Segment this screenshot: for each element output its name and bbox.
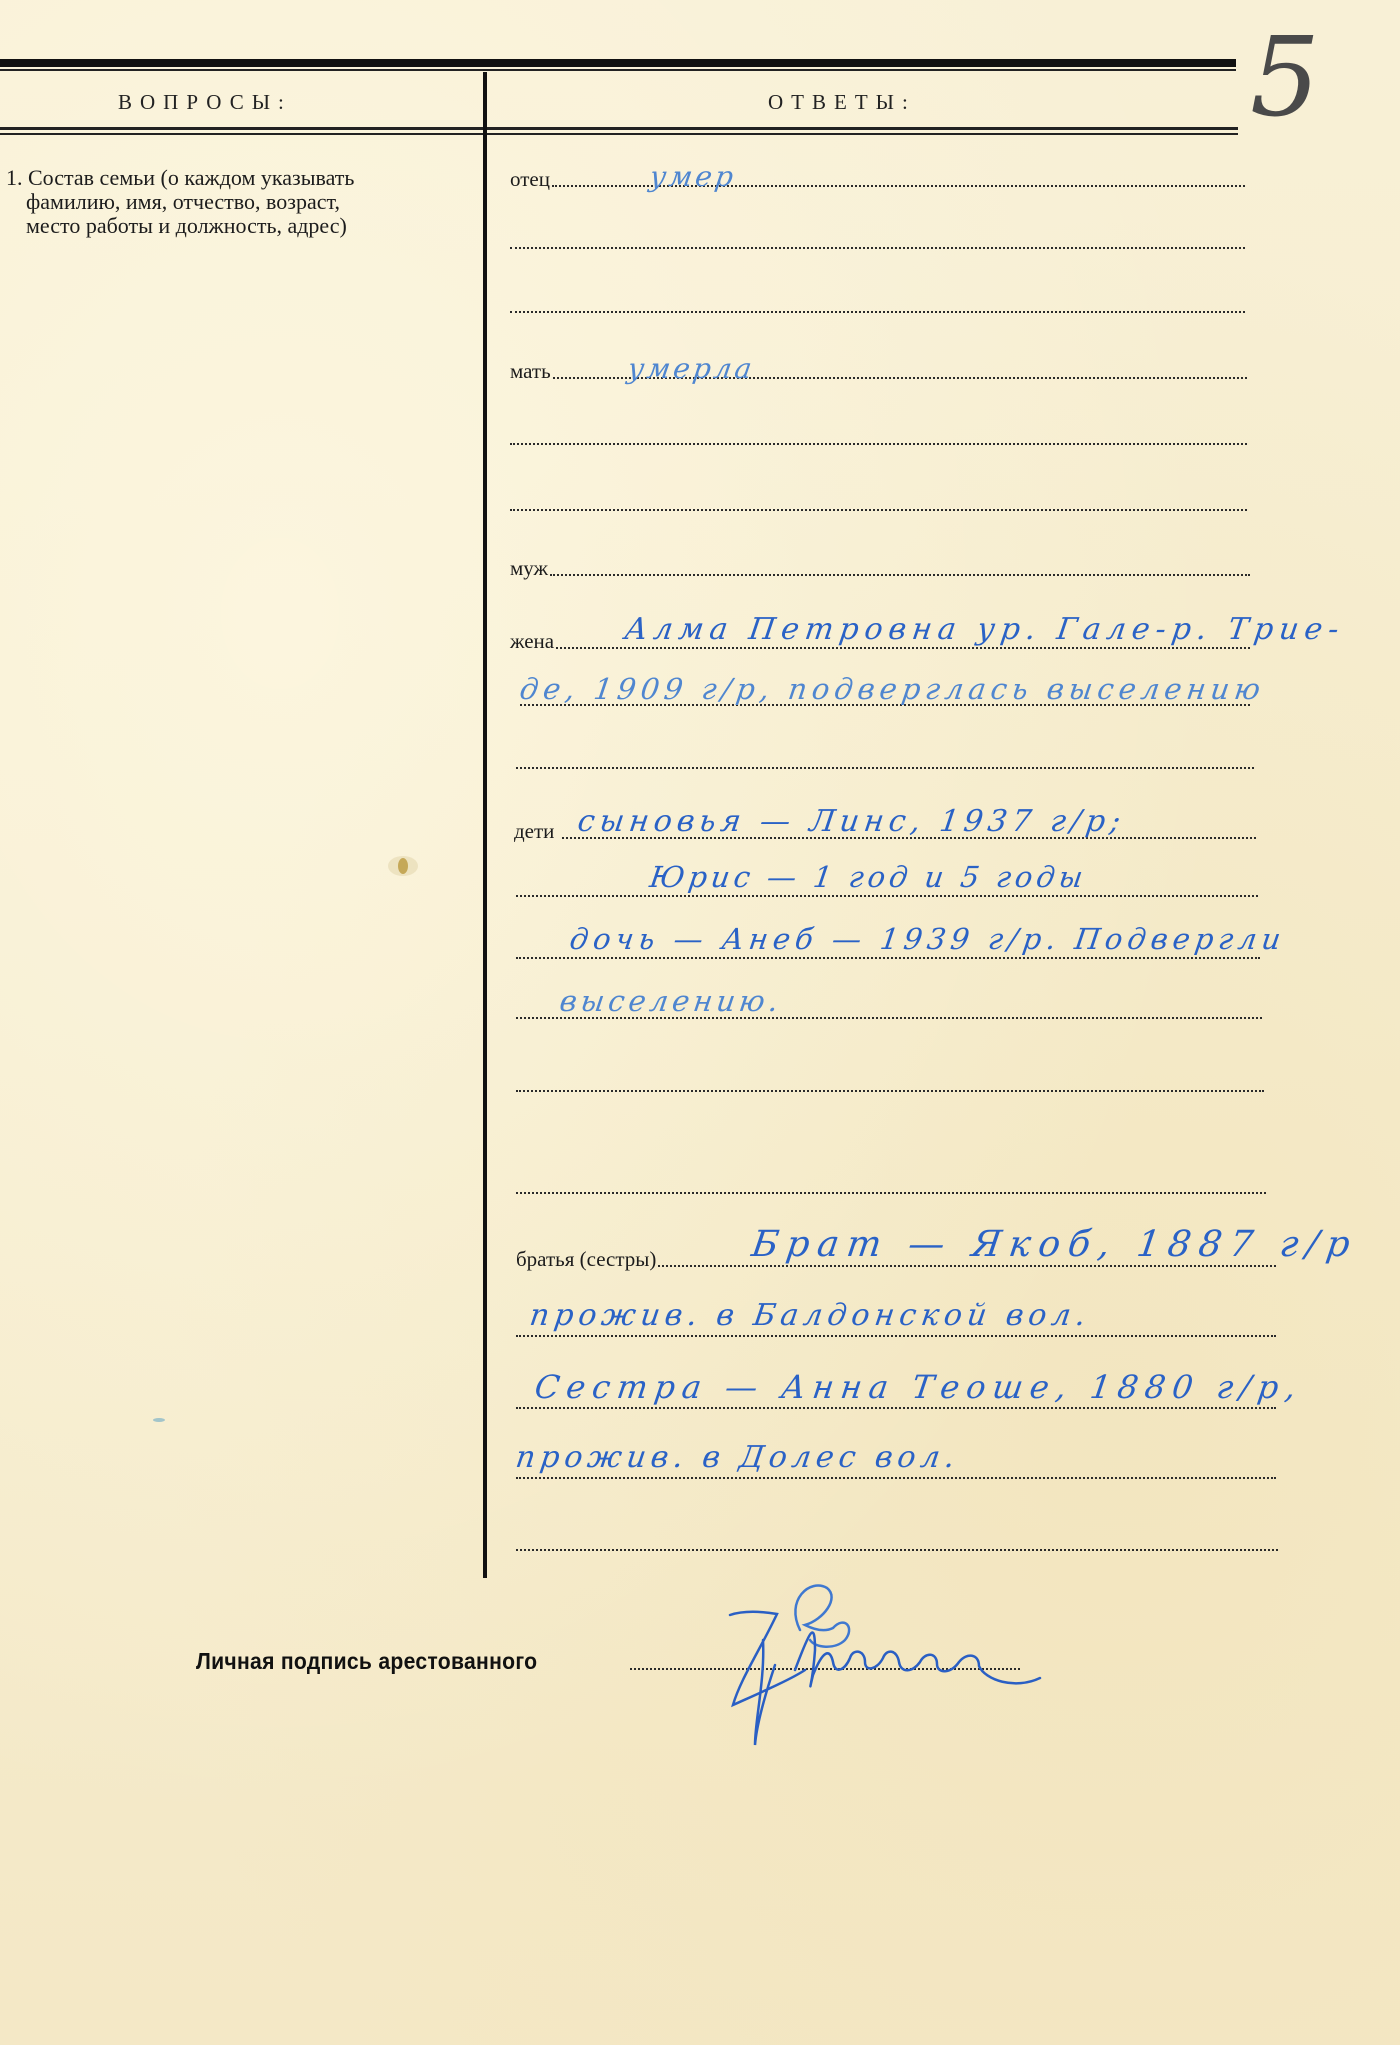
answer-line[interactable] [516,1477,1276,1479]
wife-answer-line-2: де, 1909 г/р, подверглась выселению [518,672,1268,706]
wife-answer-line-1: Алма Петровна ур. Гале-р. Трие- [623,612,1347,647]
husband-row: муж [510,545,1250,579]
answer-line[interactable] [516,767,1254,769]
children-label: дети [514,820,562,842]
wife-answer-line[interactable] [556,647,1250,649]
answer-line[interactable] [516,1549,1278,1551]
siblings-answer-line-1: Брат — Якоб, 1887 г/р [749,1224,1360,1265]
answer-line[interactable] [516,1090,1264,1092]
husband-label: муж [510,557,550,579]
blank-line [510,282,1245,316]
children-answer-line-3: дочь — Анеб — 1939 г/р. Подвергли [568,922,1288,956]
father-answer: умер [648,160,739,193]
answer-line[interactable] [510,443,1247,445]
question-line-2: фамилию, имя, отчество, возраст, [6,190,476,214]
mother-row: мать [510,348,1247,382]
header-bottom-rule-thin [0,133,1238,135]
answer-line[interactable] [516,1407,1276,1409]
answer-line[interactable] [516,895,1258,897]
answer-line[interactable] [516,1335,1276,1337]
wife-label: жена [510,630,556,652]
ink-speck [153,1418,165,1422]
header-bottom-rule [0,127,1238,130]
mother-label: мать [510,360,553,382]
paper-stain [388,856,418,876]
siblings-answer-line-3: Сестра — Анна Теоше, 1880 г/р, [532,1368,1305,1406]
answer-line[interactable] [516,1192,1266,1194]
header-top-rule [0,59,1236,67]
column-divider [483,72,487,1578]
blank-line [510,218,1245,252]
siblings-answer-line-2: прожив. в Балдонской вол. [528,1298,1093,1333]
husband-answer-line[interactable] [550,574,1250,576]
signature-label: Личная подпись арестованного [196,1648,537,1675]
siblings-label: братья (сестры) [516,1248,658,1270]
answers-header: ОТВЕТЫ: [768,90,916,115]
children-answer-line-1: сыновья — Линс, 1937 г/р; [576,804,1128,839]
siblings-answer-line-4: прожив. в Долес вол. [514,1440,962,1475]
header-top-rule-thin [0,69,1236,71]
question-line-3: место работы и должность, адрес) [6,214,476,238]
mother-answer: умерла [626,352,757,385]
blank-line [516,738,1254,772]
children-answer-line-4: выселению. [558,984,785,1018]
blank-line [510,414,1247,448]
answer-line[interactable] [510,509,1247,511]
father-row: отец [510,156,1245,190]
blank-line [516,1061,1264,1095]
blank-line [510,480,1247,514]
question-family-composition: 1. Состав семьи (о каждом указывать фами… [6,166,476,238]
signature-icon [715,1570,1075,1770]
questions-header: ВОПРОСЫ: [118,90,292,115]
siblings-answer-line[interactable] [658,1265,1276,1267]
answer-line[interactable] [510,311,1245,313]
blank-line [516,1163,1266,1197]
father-label: отец [510,168,552,190]
children-answer-line-2: Юрис — 1 год и 5 годы [648,860,1089,894]
blank-line [516,1520,1278,1554]
question-line-1: 1. Состав семьи (о каждом указывать [6,166,476,190]
page-number: 5 [1250,22,1320,132]
answer-line[interactable] [510,247,1245,249]
answer-line[interactable] [516,957,1260,959]
